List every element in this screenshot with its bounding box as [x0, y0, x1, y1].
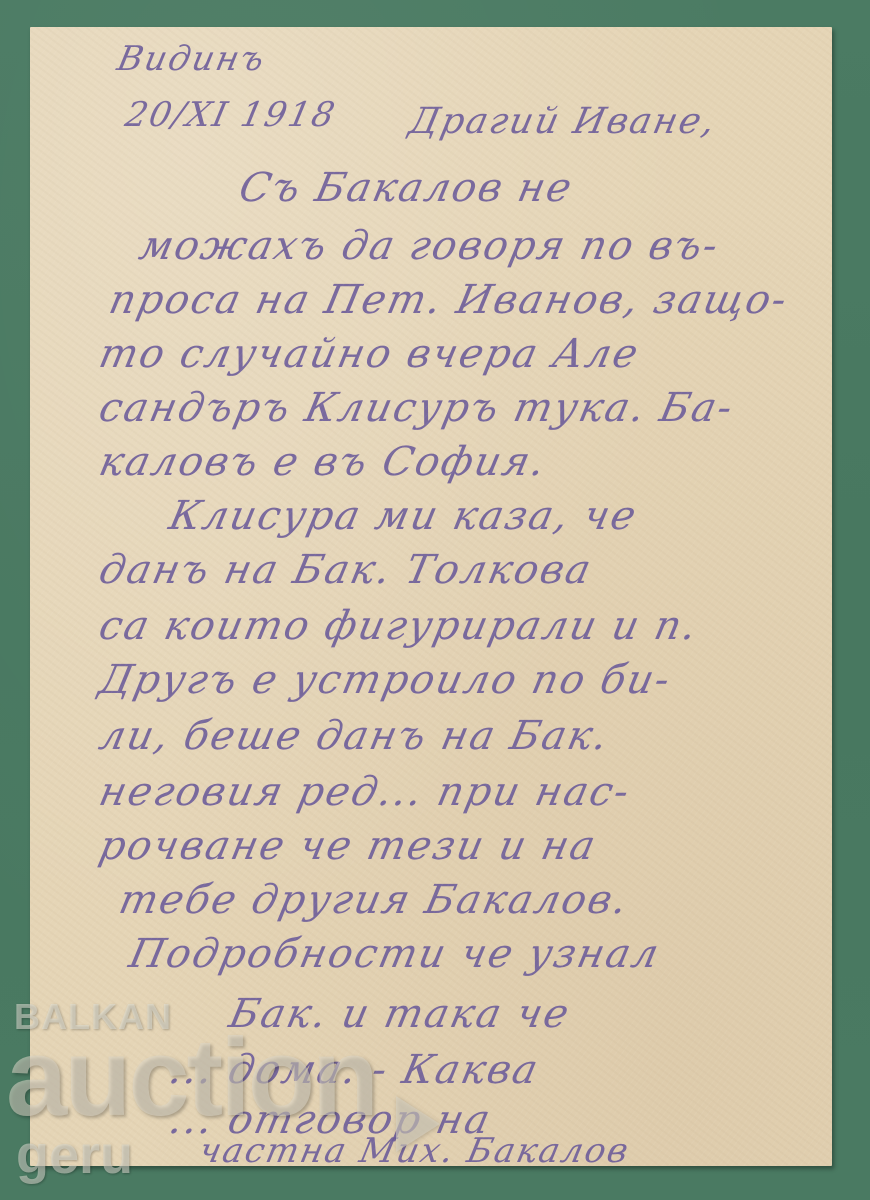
handwritten-line: Бак. и така че	[225, 991, 575, 1037]
handwritten-line: можахъ да говоря по въ-	[135, 223, 724, 269]
handwritten-line: ли, беше данъ на Бак.	[95, 713, 613, 759]
handwritten-line: то случайно вчера Але	[95, 331, 644, 377]
handwritten-line: Съ Бакалов не	[235, 165, 577, 211]
handwritten-greeting: Драгий Иване,	[406, 101, 721, 142]
handwritten-line: рочване че тези и на	[95, 823, 601, 869]
handwritten-line: данъ на Бак. Толкова	[95, 547, 596, 593]
handwritten-line: каловъ е въ София.	[95, 439, 551, 485]
handwritten-line: проса на Пет. Иванов, защо-	[105, 277, 792, 323]
handwritten-line: ... дома. - Каква	[165, 1047, 544, 1093]
handwritten-line: сандъръ Клисуръ тука. Ба-	[95, 385, 738, 431]
handwritten-line: частна Мих. Бакалов	[196, 1131, 634, 1171]
handwritten-line: Другъ е устроило по би-	[95, 657, 676, 703]
handwritten-date: 20/XI 1918	[122, 95, 340, 135]
handwritten-line: неговия ред... при нас-	[95, 769, 635, 815]
handwritten-place: Видинъ	[114, 39, 270, 79]
handwritten-line: Подробности че узнал	[125, 931, 664, 977]
handwritten-line: тебе другия Бакалов.	[115, 877, 633, 923]
postcard: Видинъ 20/XI 1918 Драгий Иване, Съ Бакал…	[30, 27, 832, 1166]
handwritten-line: Клисура ми каза, че	[165, 493, 642, 539]
handwritten-line: са които фигурирали и п.	[95, 603, 702, 649]
